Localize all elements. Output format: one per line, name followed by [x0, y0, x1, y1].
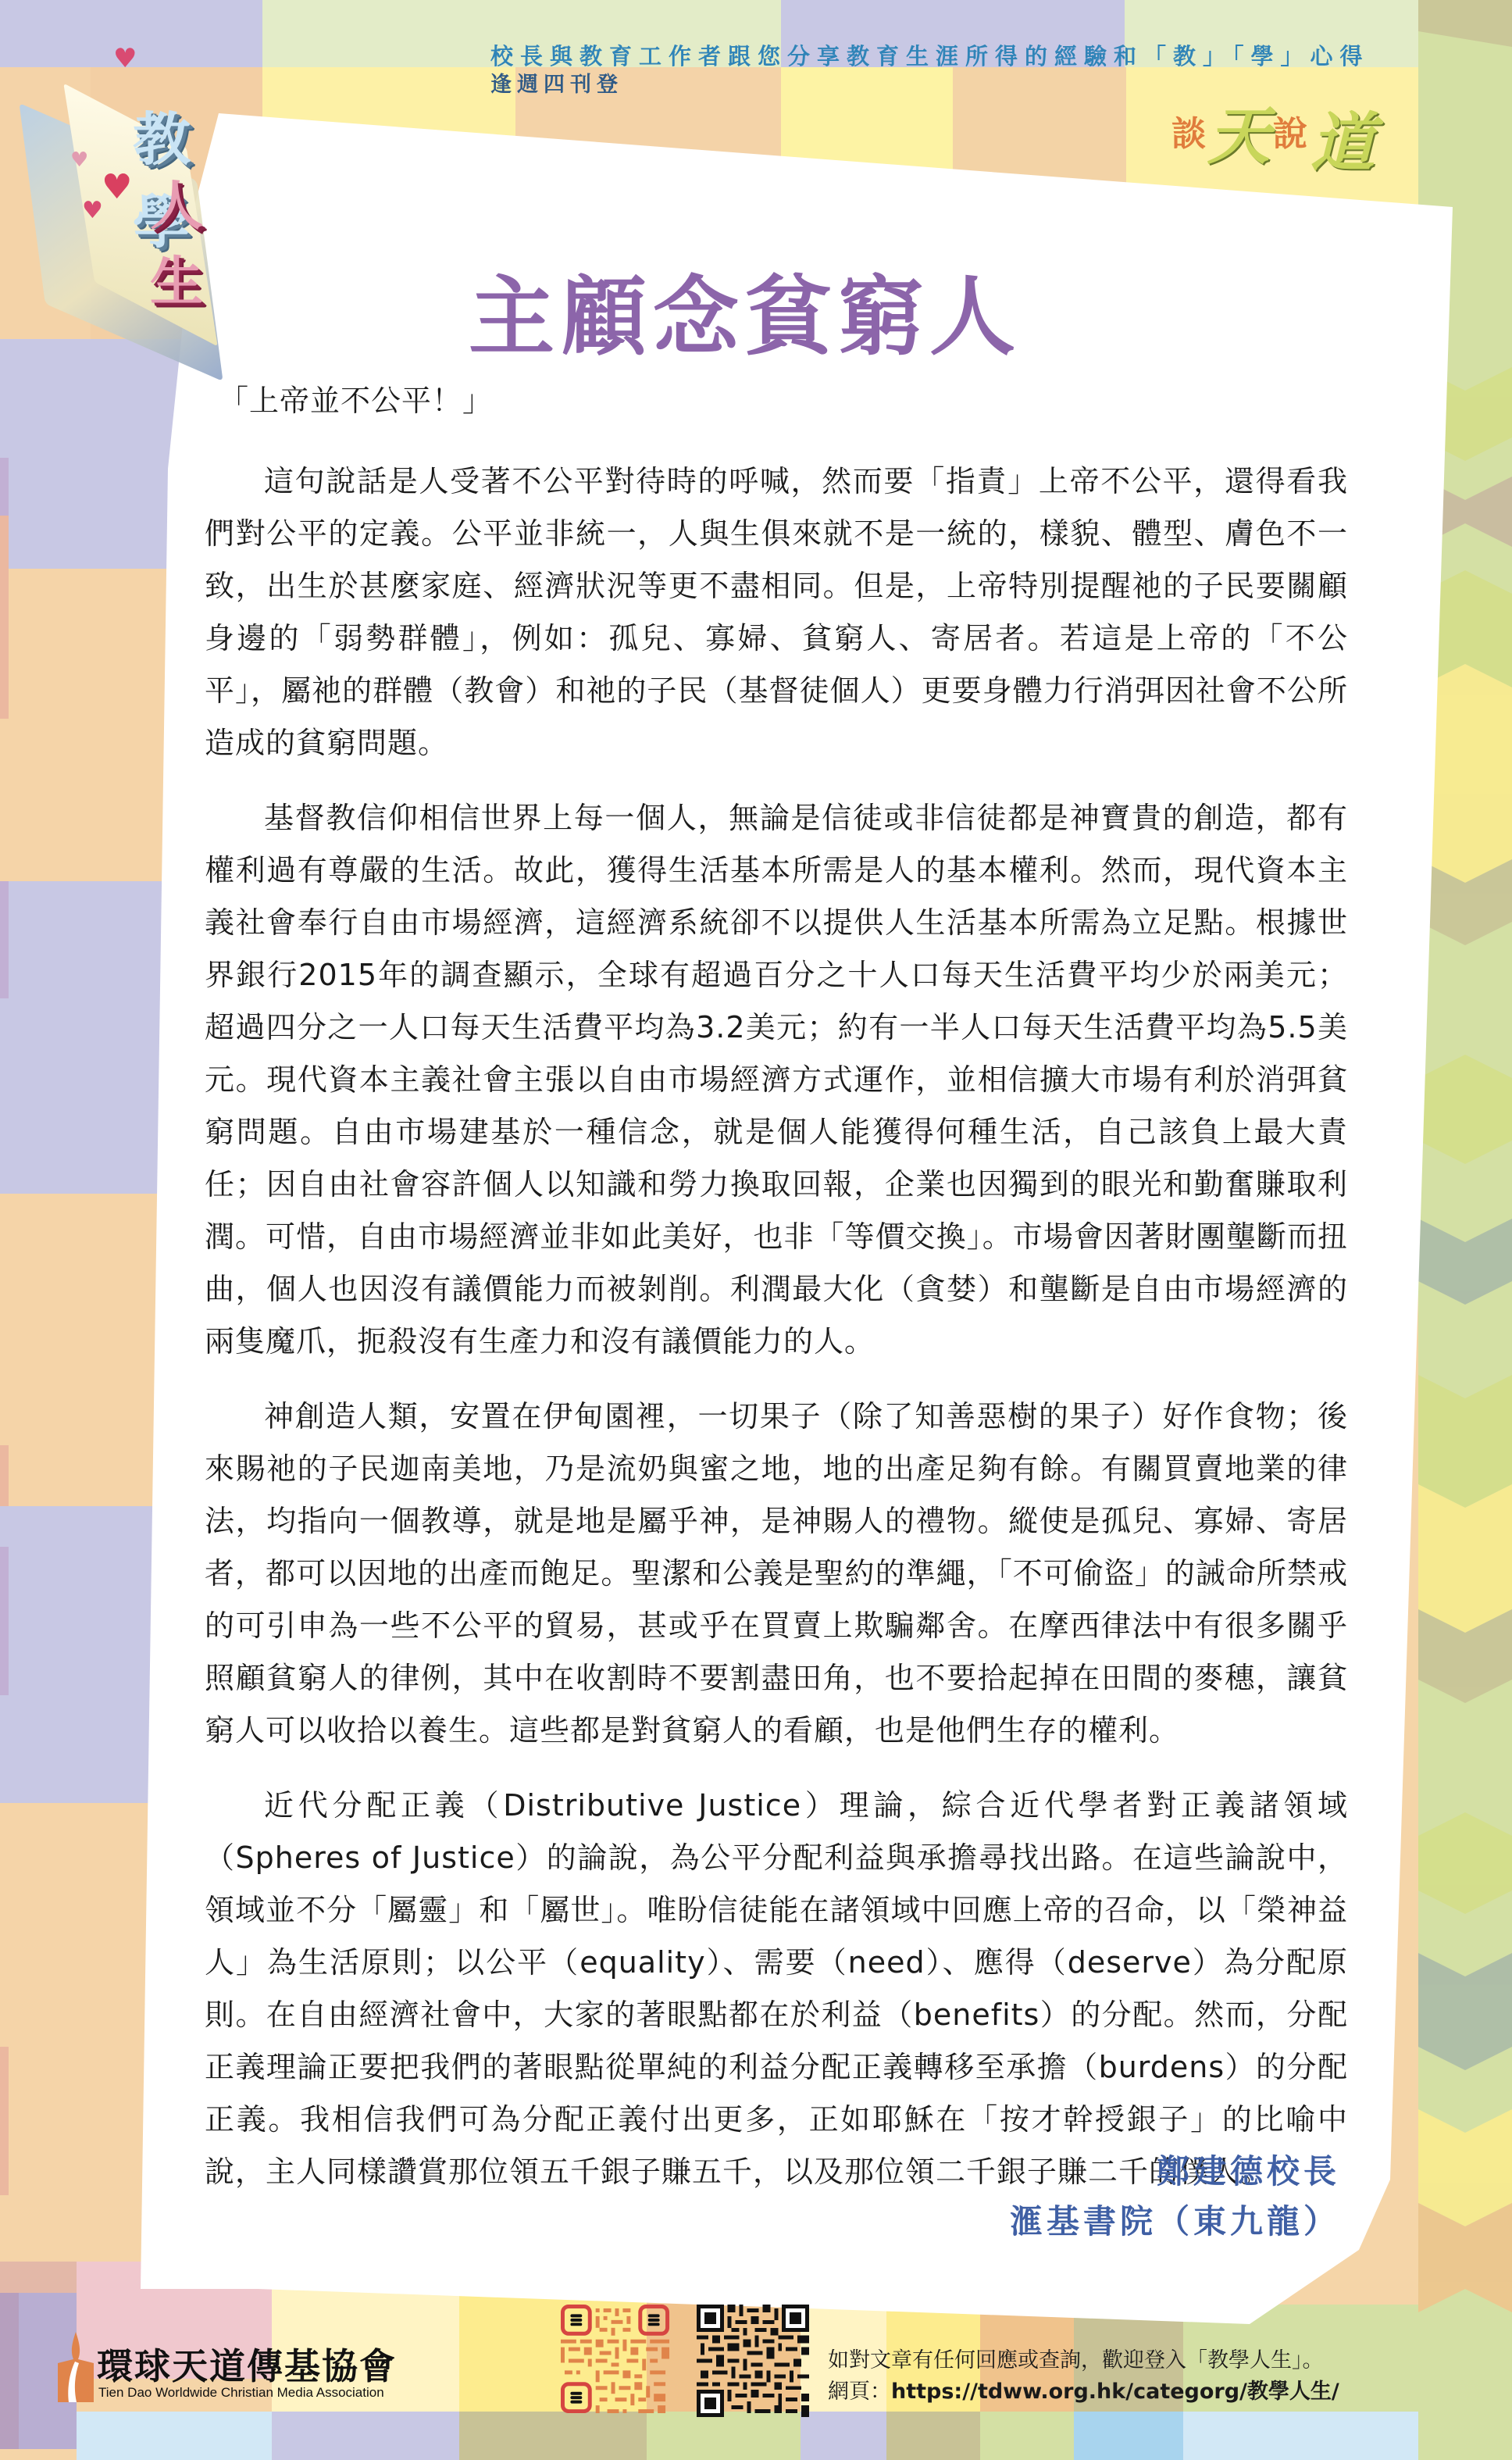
author-signature: 鄭建德校長 滙基書院（東九龍）: [1010, 2147, 1340, 2247]
organization-logo: 環球天道傳基協會 Tien Dao Worldwide Christian Me…: [58, 2332, 495, 2418]
heart-icon: ♥: [70, 148, 94, 172]
website-link[interactable]: https://tdww.org.hk/categorg/教學人生/: [891, 2380, 1339, 2404]
candle-flame-icon: [58, 2332, 94, 2402]
article-title: 主顧念貧窮人: [469, 248, 1093, 372]
sub-logo-char: 道: [1311, 92, 1375, 184]
heart-icon: ♥: [82, 199, 105, 223]
article-paragraph: 神創造人類，安置在伊甸園裡，一切果子（除了知善惡樹的果子）好作食物；後來賜祂的子…: [205, 1391, 1348, 1757]
article-paragraph: 近代分配正義（Distributive Justice）理論，綜合近代學者對正義…: [205, 1780, 1348, 2198]
article-paragraph: 「上帝並不公平！」: [205, 375, 1348, 427]
contact-info: 如對文章有任何回應或查詢，歡迎登入「教學人生」。 網頁：https://tdww…: [828, 2345, 1339, 2408]
article-paragraph: 這句說話是人受著不公平對待時的呼喊，然而要「指責」上帝不公平，還得看我們對公平的…: [205, 455, 1348, 769]
contact-web-label: 網頁：: [828, 2380, 891, 2404]
sub-column-logo: 談 天 說 道: [1156, 86, 1406, 180]
contact-web-line: 網頁：https://tdww.org.hk/categorg/教學人生/: [828, 2376, 1339, 2408]
article-body: 「上帝並不公平！」 這句說話是人受著不公平對待時的呼喊，然而要「指責」上帝不公平…: [205, 375, 1348, 2221]
sub-logo-char: 談: [1171, 105, 1206, 155]
org-name-zh: 環球天道傳基協會: [97, 2338, 397, 2390]
header-tagline: 校長與教育工作者跟您分享教育生涯所得的經驗和「教」「學」心得: [490, 39, 1370, 71]
contact-message: 如對文章有任何回應或查詢，歡迎登入「教學人生」。: [828, 2345, 1339, 2376]
author-name: 鄭建德校長: [1010, 2147, 1340, 2197]
qr-code-icon[interactable]: [697, 2305, 809, 2417]
heart-icon: ♥: [102, 176, 125, 199]
sub-logo-char: 天: [1207, 86, 1270, 176]
heart-icon: ♥: [113, 47, 137, 70]
column-logo: ♥ ♥ ♥ ♥ 教學 人生: [16, 31, 242, 359]
author-school: 滙基書院（東九龍）: [1010, 2197, 1340, 2247]
qr-code-icon[interactable]: [561, 2305, 673, 2417]
publish-schedule: 逢週四刊登: [490, 67, 623, 98]
article-paragraph: 基督教信仰相信世界上每一個人，無論是信徒或非信徒都是神寶貴的創造，都有權利過有尊…: [205, 792, 1348, 1368]
sub-logo-char: 說: [1273, 105, 1307, 155]
org-name-en: Tien Dao Worldwide Christian Media Assoc…: [98, 2385, 384, 2401]
logo-title-line2: 人生: [150, 164, 242, 316]
